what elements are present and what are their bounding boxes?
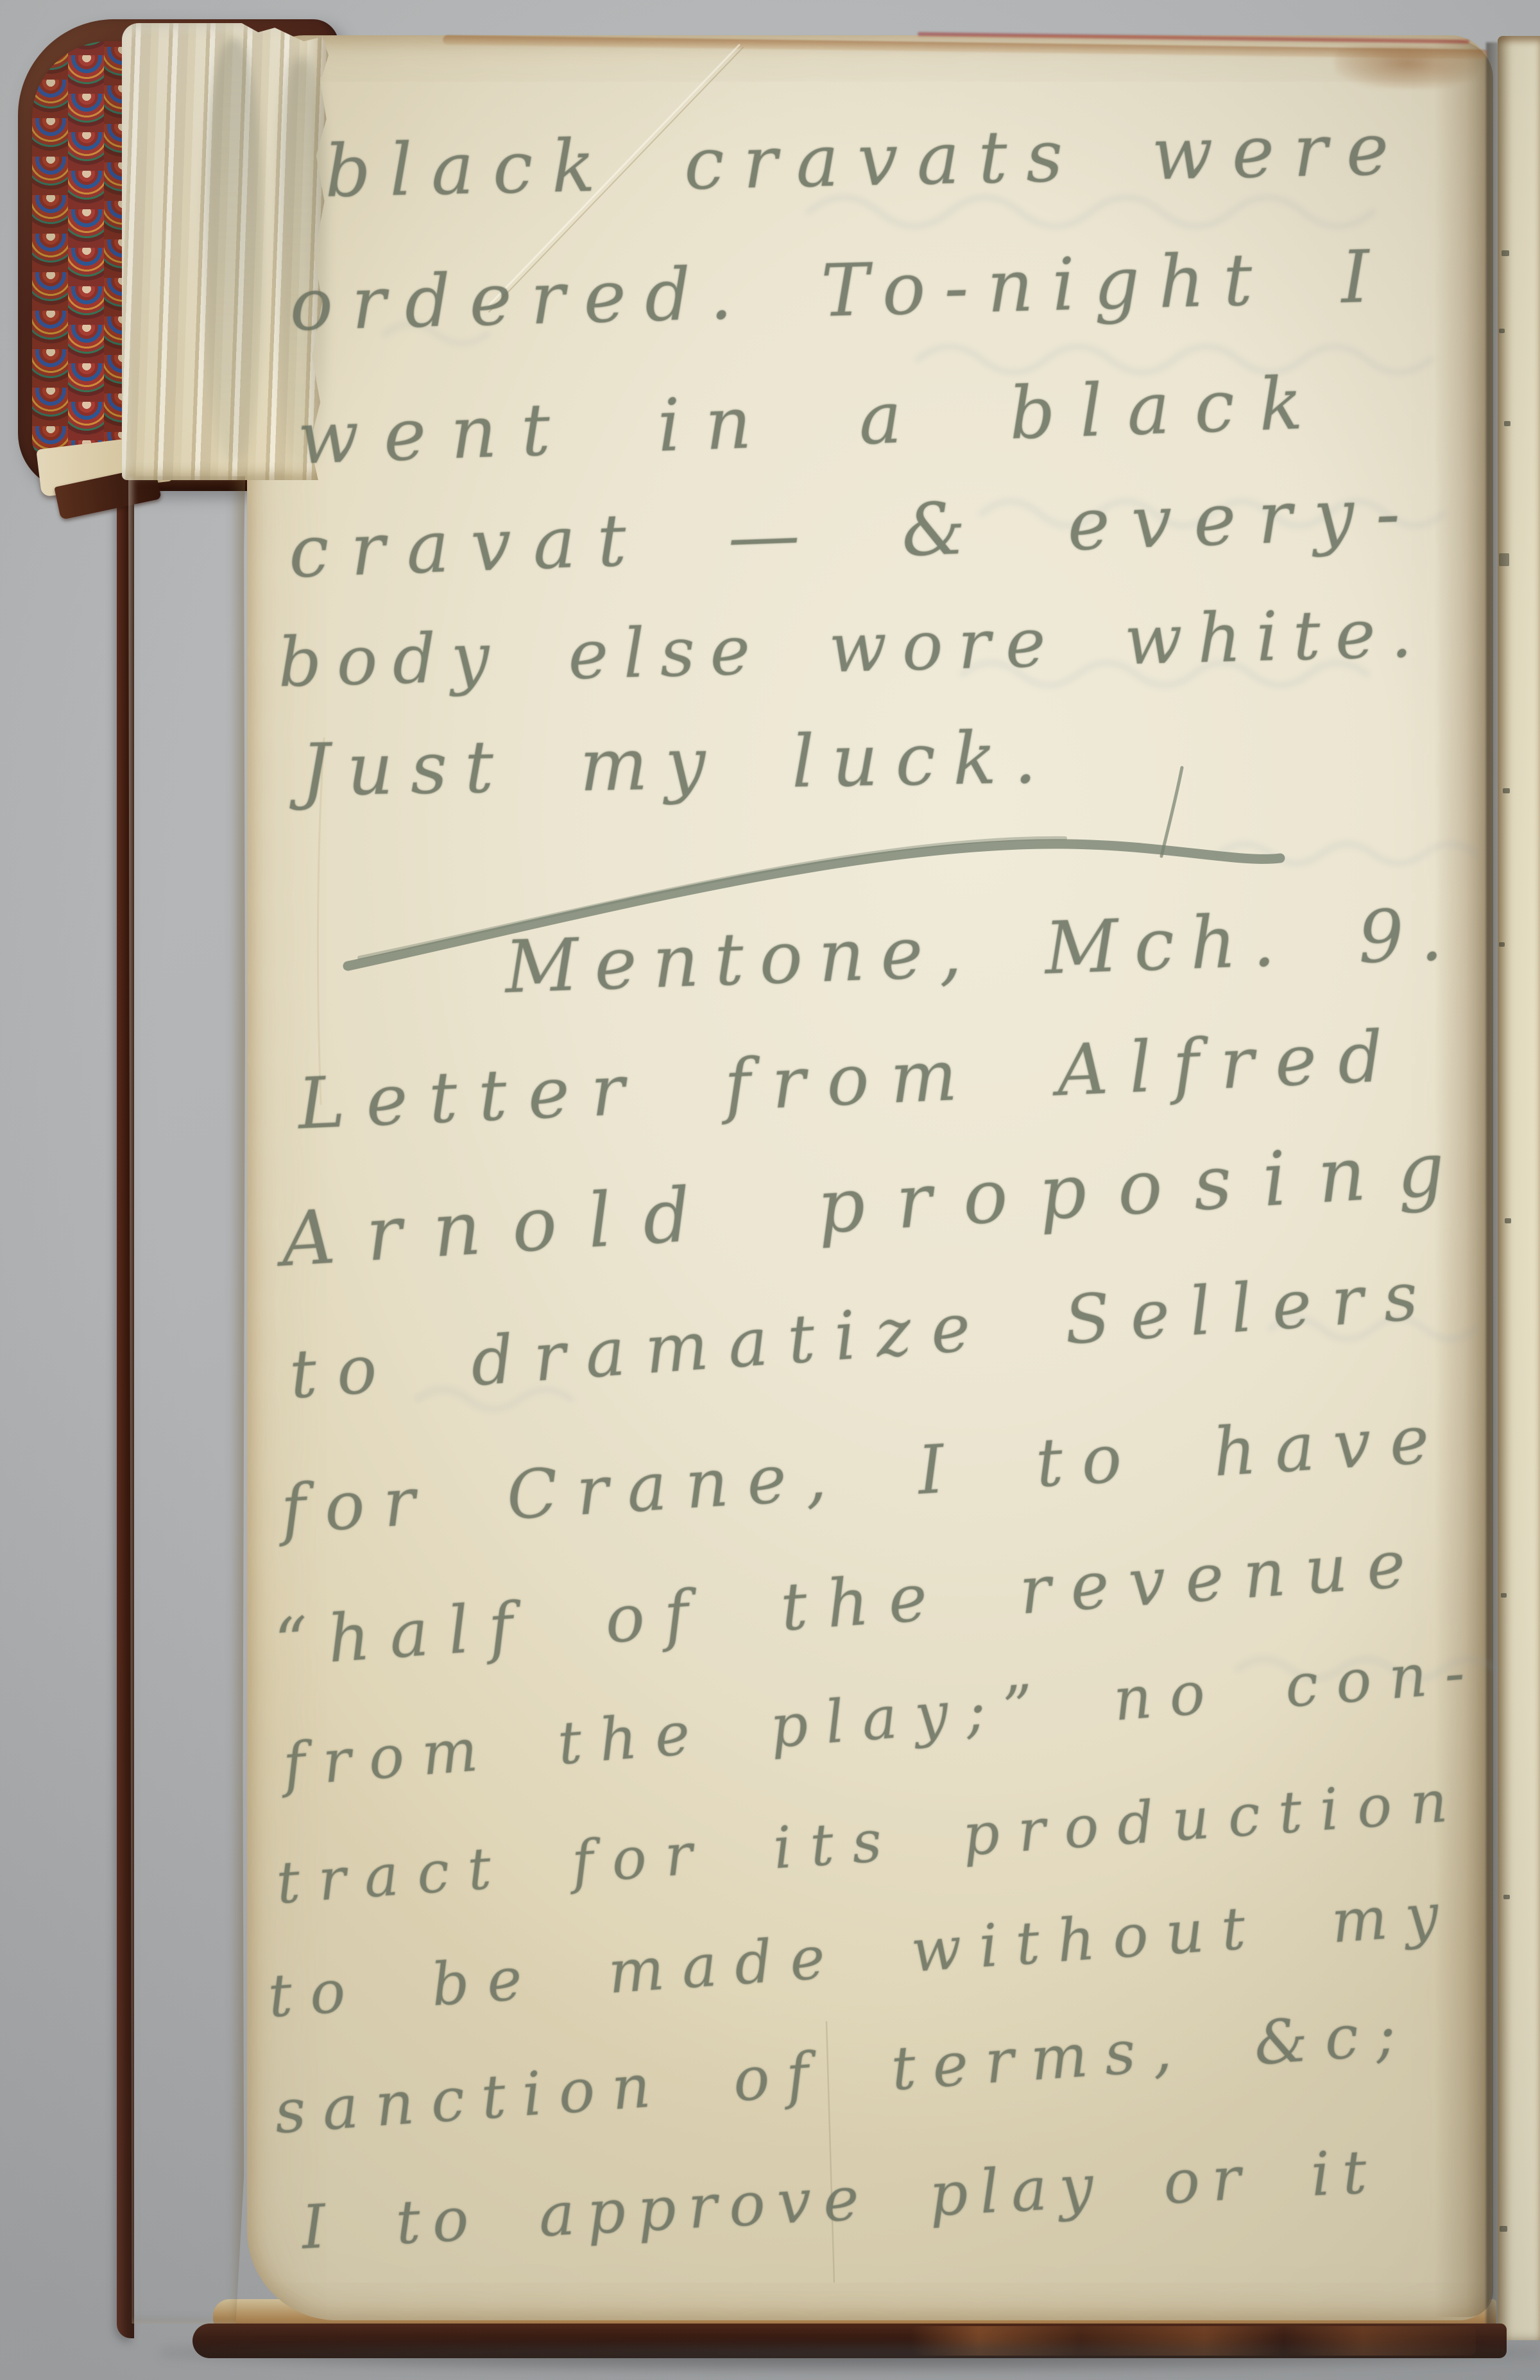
page-stack-gray-stain: [204, 39, 263, 462]
ink-speck: [1503, 1895, 1510, 1899]
notebook-photo-scene: black cravats were ordered. To-night I w…: [0, 0, 1540, 2380]
ink-speck: [1503, 788, 1510, 793]
ink-speck: [1499, 942, 1505, 947]
ink-speck: [1502, 250, 1509, 256]
ink-speck: [1501, 1593, 1507, 1598]
ink-speck: [1504, 421, 1510, 426]
ink-speck: [1505, 1218, 1511, 1223]
ink-speck: [1499, 329, 1505, 333]
marble-pattern-column: [32, 41, 69, 460]
book-cast-shadow: [160, 2344, 1540, 2372]
marble-pattern-column: [68, 41, 105, 460]
top-corner-stain: [1334, 45, 1479, 90]
page-margin-gray-stain: [277, 58, 326, 469]
page-right-fold-shadow: [1434, 40, 1493, 2317]
notebook-page: [247, 35, 1492, 2320]
ink-smudge: [1499, 553, 1509, 566]
ink-speck: [1500, 2226, 1507, 2232]
next-page-sliver: [1498, 36, 1540, 2340]
stained-page-edge-stripes: [128, 476, 245, 2324]
